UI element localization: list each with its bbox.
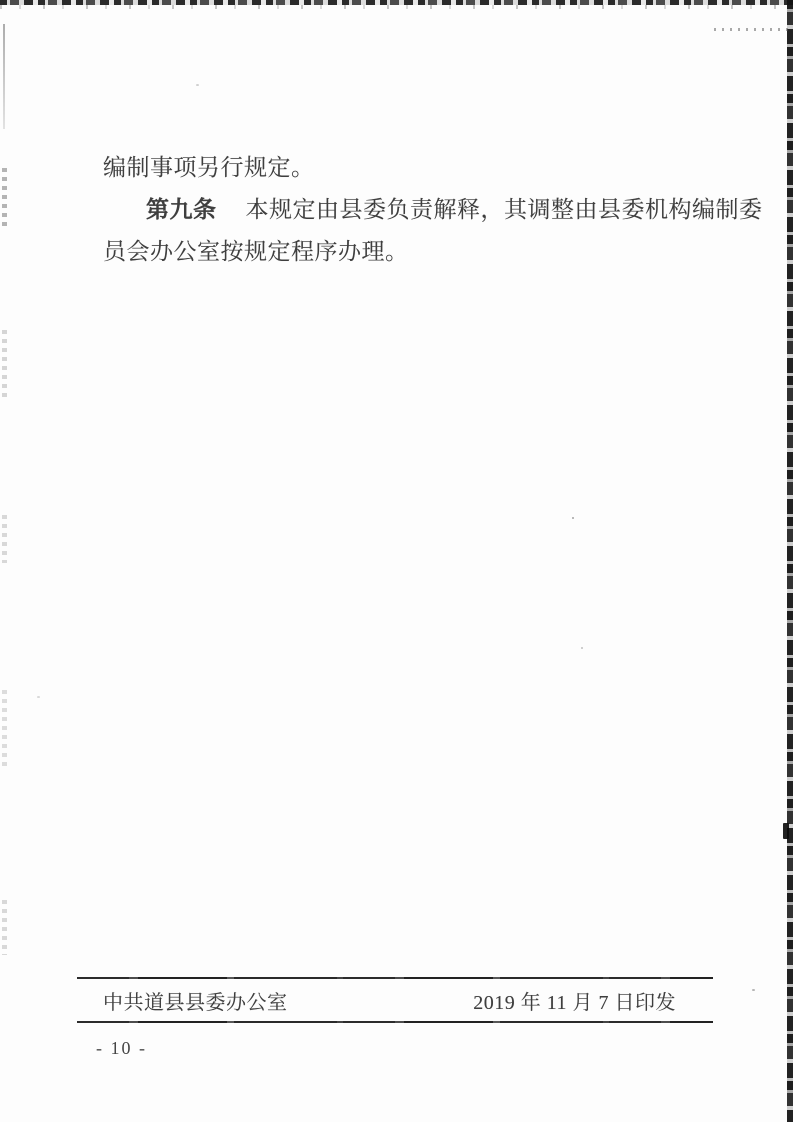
article-9-term: 第九条 [146,197,217,222]
scan-speck [37,696,40,698]
article-9-line-2: 员会办公室按规定程序办理。 [103,231,748,273]
scanned-document-page: { "body": { "paragraph_end": "编制事项另行规定。"… [0,0,793,1122]
scan-artifact-left-dashes [2,330,7,400]
scan-artifact-left-dashes [2,515,7,563]
issuing-office: 中共道县县委办公室 [103,986,288,1015]
article-9-line-1: 第九条本规定由县委负责解释，其调整由县委机构编制委 [103,189,748,231]
document-body: 编制事项另行规定。 第九条本规定由县委负责解释，其调整由县委机构编制委 员会办公… [103,147,748,273]
scan-artifact-left-dashes [2,900,7,955]
footer-rule-top [77,977,713,979]
paragraph-continuation-line: 编制事项另行规定。 [103,147,748,189]
scan-speck [572,517,574,519]
footer-rule-bottom [77,1021,713,1023]
footer-row: 中共道县县委办公室 2019 年 11 月 7 日印发 [103,986,676,1014]
scan-artifact-dot-row [714,28,790,31]
scan-artifact-right-edge [787,0,793,1122]
scan-speck [581,647,583,649]
scan-speck [196,84,199,86]
page-number: - 10 - [96,1038,147,1059]
scan-artifact-left-dashes [2,168,7,230]
scan-speck [752,989,755,991]
print-date: 2019 年 11 月 7 日印发 [473,986,676,1015]
article-9-text-line-1: 本规定由县委负责解释，其调整由县委机构编制委 [246,197,763,222]
scan-artifact-left-line [3,24,5,129]
scan-artifact-top-edge [0,0,793,5]
scan-artifact-left-dashes [2,690,7,770]
